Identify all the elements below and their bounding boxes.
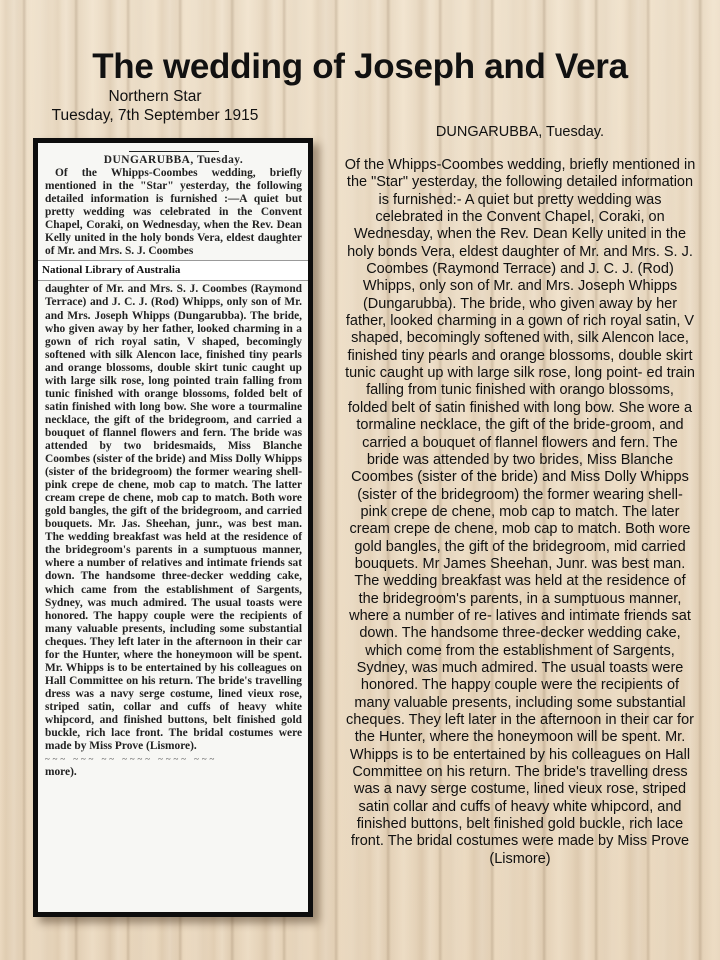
transcript-line: satin collar and cuffs of heavy white wh… [328,799,712,816]
transcript-line: carried a bouquet of flannel flowers and… [328,435,712,452]
transcript-line: shaped, becomingly softened with, silk A… [328,330,712,347]
transcript-line: folded belt of satin finished with long … [328,400,712,417]
transcript-line: was a navy serge costume, lined vieux ro… [328,781,712,798]
clipping-part-1: Of the Whipps-Coombes wedding, briefly m… [45,167,302,258]
transcript-line: (sister of the bridegroom) the former we… [328,487,712,504]
publication-name: Northern Star [30,87,280,106]
transcript-line: tunic caught up with large silk rose, lo… [328,365,712,382]
clipping-text: DUNGARUBBA, Tuesday. Of the Whipps-Coomb… [38,143,308,779]
transcript-line: cheques. They left later in the afternoo… [328,712,712,729]
newspaper-clipping: DUNGARUBBA, Tuesday. Of the Whipps-Coomb… [33,138,313,917]
transcript-line: celebrated in the Convent Chapel, Coraki… [328,209,712,226]
transcript-line: Of the Whipps-Coombes wedding, briefly m… [328,157,712,174]
transcript-line: bouquets. Mr James Sheehan, Junr. was be… [328,556,712,573]
transcript-line: the Hunter, where the honeymoon will be … [328,729,712,746]
transcript-line: Whipps is to be entertained by his colle… [328,747,712,764]
transcript-line: is furnished:- A quiet but pretty weddin… [328,192,712,209]
transcript-line: Coombes (Raymond Terrace) and J. C. J. (… [328,261,712,278]
transcript-line: (Lismore) [328,851,712,868]
transcript-line: gold bangles, the gift of the bridegroom… [328,539,712,556]
transcript-line: bride was attended by two brides, Miss B… [328,452,712,469]
clipping-rule [129,151,219,152]
transcript-line: front. The bridal costumes were made by … [328,833,712,850]
clipping-heading: DUNGARUBBA, Tuesday. [45,154,302,167]
transcript-line: finished buttons, belt finished gold buc… [328,816,712,833]
clipping-scrap-line: ~~~ ~~~ ~~ ~~~~ ~~~~ ~~~ [45,753,302,766]
transcript-line: where a number of re- latives and intima… [328,608,712,625]
transcript-line: Whipps, only son of Mr. and Mrs. Joseph … [328,278,712,295]
transcript-line: the "Star" yesterday, the following deta… [328,174,712,191]
transcript-line: holy bonds Vera, eldest daughter of Mr. … [328,244,712,261]
transcript-line: pink crepe de chene, mob cap to match. T… [328,504,712,521]
page-title: The wedding of Joseph and Vera [0,47,720,87]
transcript-line: father, looked charming in a gown of ric… [328,313,712,330]
transcript-line: tormaline necklace, the gift of the brid… [328,417,712,434]
source-citation: Northern Star Tuesday, 7th September 191… [30,87,280,125]
transcript-line: The wedding breakfast was held at the re… [328,573,712,590]
transcript-line: (Dungarubba). The bride, who given away … [328,296,712,313]
transcript-line: Coombes (sister of the bride) and Miss D… [328,469,712,486]
transcript-line: Sydney, was much admired. The usual toas… [328,660,712,677]
transcript-line: cream crepe de chene, mob cap to match. … [328,521,712,538]
transcript-line: Wednesday, when the Rev. Dean Kelly unit… [328,226,712,243]
clipping-part-2: daughter of Mr. and Mrs. S. J. Coombes (… [45,283,302,753]
transcript-line: finished tiny pearls and orange blossoms… [328,348,712,365]
transcript-dateline: DUNGARUBBA, Tuesday. [330,124,710,140]
transcript-line: down. The handsome three-decker wedding … [328,625,712,642]
clipping-tail: more). [45,766,302,779]
transcript-line: which come from the establishment of Sar… [328,643,712,660]
transcript-body: Of the Whipps-Coombes wedding, briefly m… [328,157,712,868]
transcript-line: honored. The happy couple were the recip… [328,677,712,694]
transcript-line: the bridegroom's parents, in a sumptuous… [328,591,712,608]
transcript-line: Committee on his return. The bride's tra… [328,764,712,781]
transcript-line: many valuable presents, including some s… [328,695,712,712]
publication-date: Tuesday, 7th September 1915 [30,106,280,125]
transcript-line: falling from tunic finished with orango … [328,382,712,399]
clipping-credit: National Library of Australia [38,260,308,281]
